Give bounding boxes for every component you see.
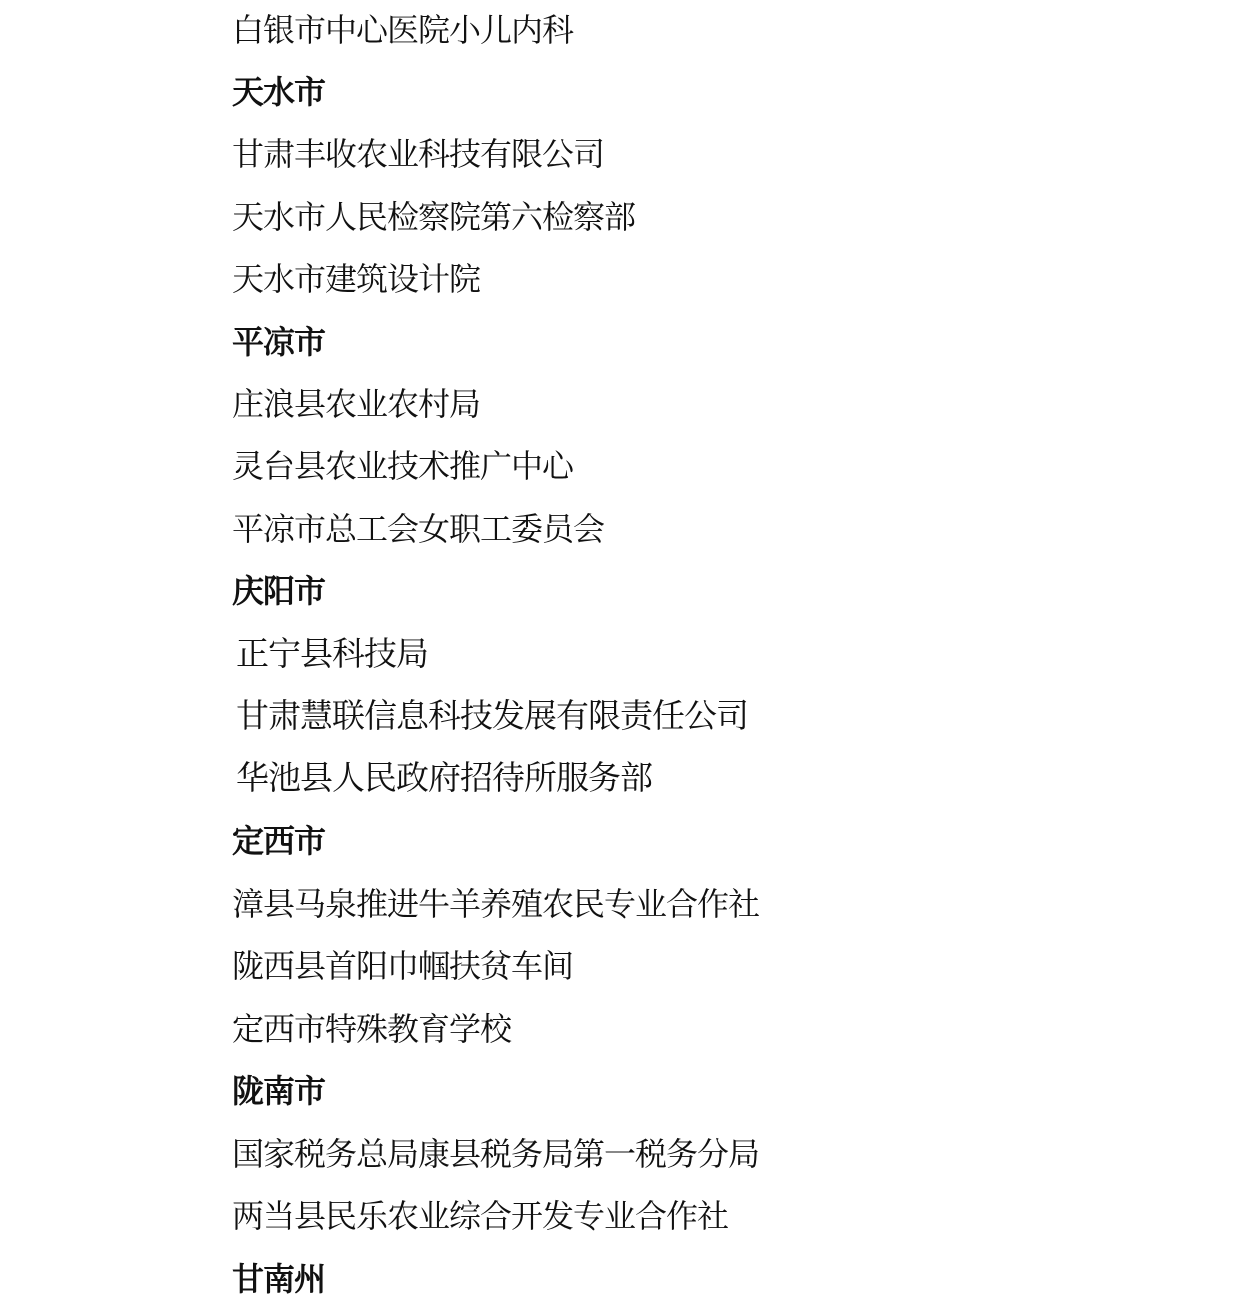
list-item: 国家税务总局康县税务局第一税务分局 <box>232 1134 759 1174</box>
list-item: 两当县民乐农业综合开发专业合作社 <box>232 1196 728 1236</box>
section-heading-gannan: 甘南州 <box>232 1259 325 1299</box>
section-heading-longnan: 陇南市 <box>232 1071 325 1111</box>
section-heading-pingliang: 平凉市 <box>232 322 325 362</box>
list-item: 定西市特殊教育学校 <box>232 1009 511 1049</box>
list-item: 天水市人民检察院第六检察部 <box>232 197 635 237</box>
list-item: 正宁县科技局 <box>236 634 428 674</box>
section-heading-dingxi: 定西市 <box>232 821 325 861</box>
list-item: 庄浪县农业农村局 <box>232 384 480 424</box>
list-item: 天水市建筑设计院 <box>232 259 480 299</box>
list-item: 白银市中心医院小儿内科 <box>232 10 573 50</box>
list-item: 灵台县农业技术推广中心 <box>232 446 573 486</box>
list-item: 陇西县首阳巾帼扶贫车间 <box>232 946 573 986</box>
section-heading-tianshui: 天水市 <box>232 72 325 112</box>
list-item: 平凉市总工会女职工委员会 <box>232 509 604 549</box>
list-item: 漳县马泉推进牛羊养殖农民专业合作社 <box>232 884 759 924</box>
list-item: 甘肃慧联信息科技发展有限责任公司 <box>236 696 748 736</box>
section-heading-qingyang: 庆阳市 <box>232 571 325 611</box>
list-item: 甘肃丰收农业科技有限公司 <box>232 134 604 174</box>
list-item: 华池县人民政府招待所服务部 <box>236 758 652 798</box>
